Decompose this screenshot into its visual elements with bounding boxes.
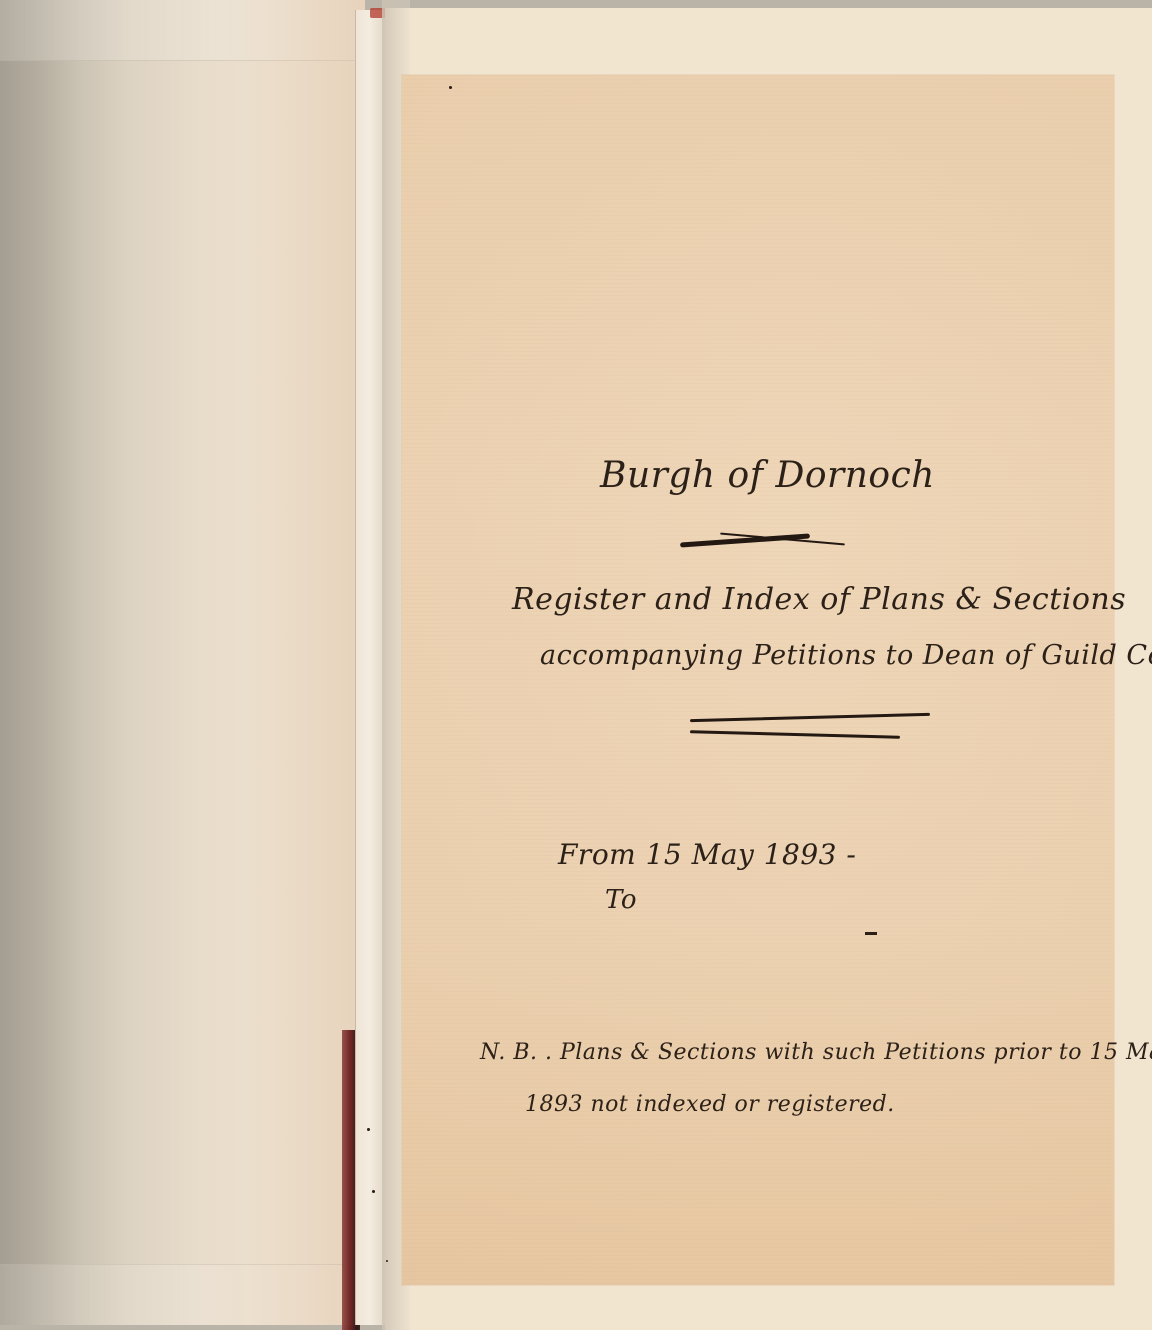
subtitle-line-2: accompanying Petitions to Dean of Guild … bbox=[540, 640, 1152, 671]
note-line-1: N. B. . Plans & Sections with such Petit… bbox=[480, 1040, 1152, 1065]
ink-speck bbox=[386, 1260, 388, 1262]
date-from: From 15 May 1893 - bbox=[558, 838, 856, 871]
ink-speck bbox=[367, 1128, 370, 1131]
document-title: Burgh of Dornoch bbox=[600, 455, 935, 496]
subtitle-line-1: Register and Index of Plans & Sections bbox=[512, 582, 1126, 617]
left-endpaper bbox=[0, 0, 365, 1325]
date-to-dash bbox=[865, 932, 877, 935]
note-line-2: 1893 not indexed or registered. bbox=[525, 1092, 895, 1117]
ink-speck bbox=[372, 1190, 375, 1193]
date-to: To bbox=[605, 885, 637, 915]
ink-speck bbox=[449, 86, 452, 89]
endpaper-bottom-fold bbox=[0, 1264, 365, 1325]
